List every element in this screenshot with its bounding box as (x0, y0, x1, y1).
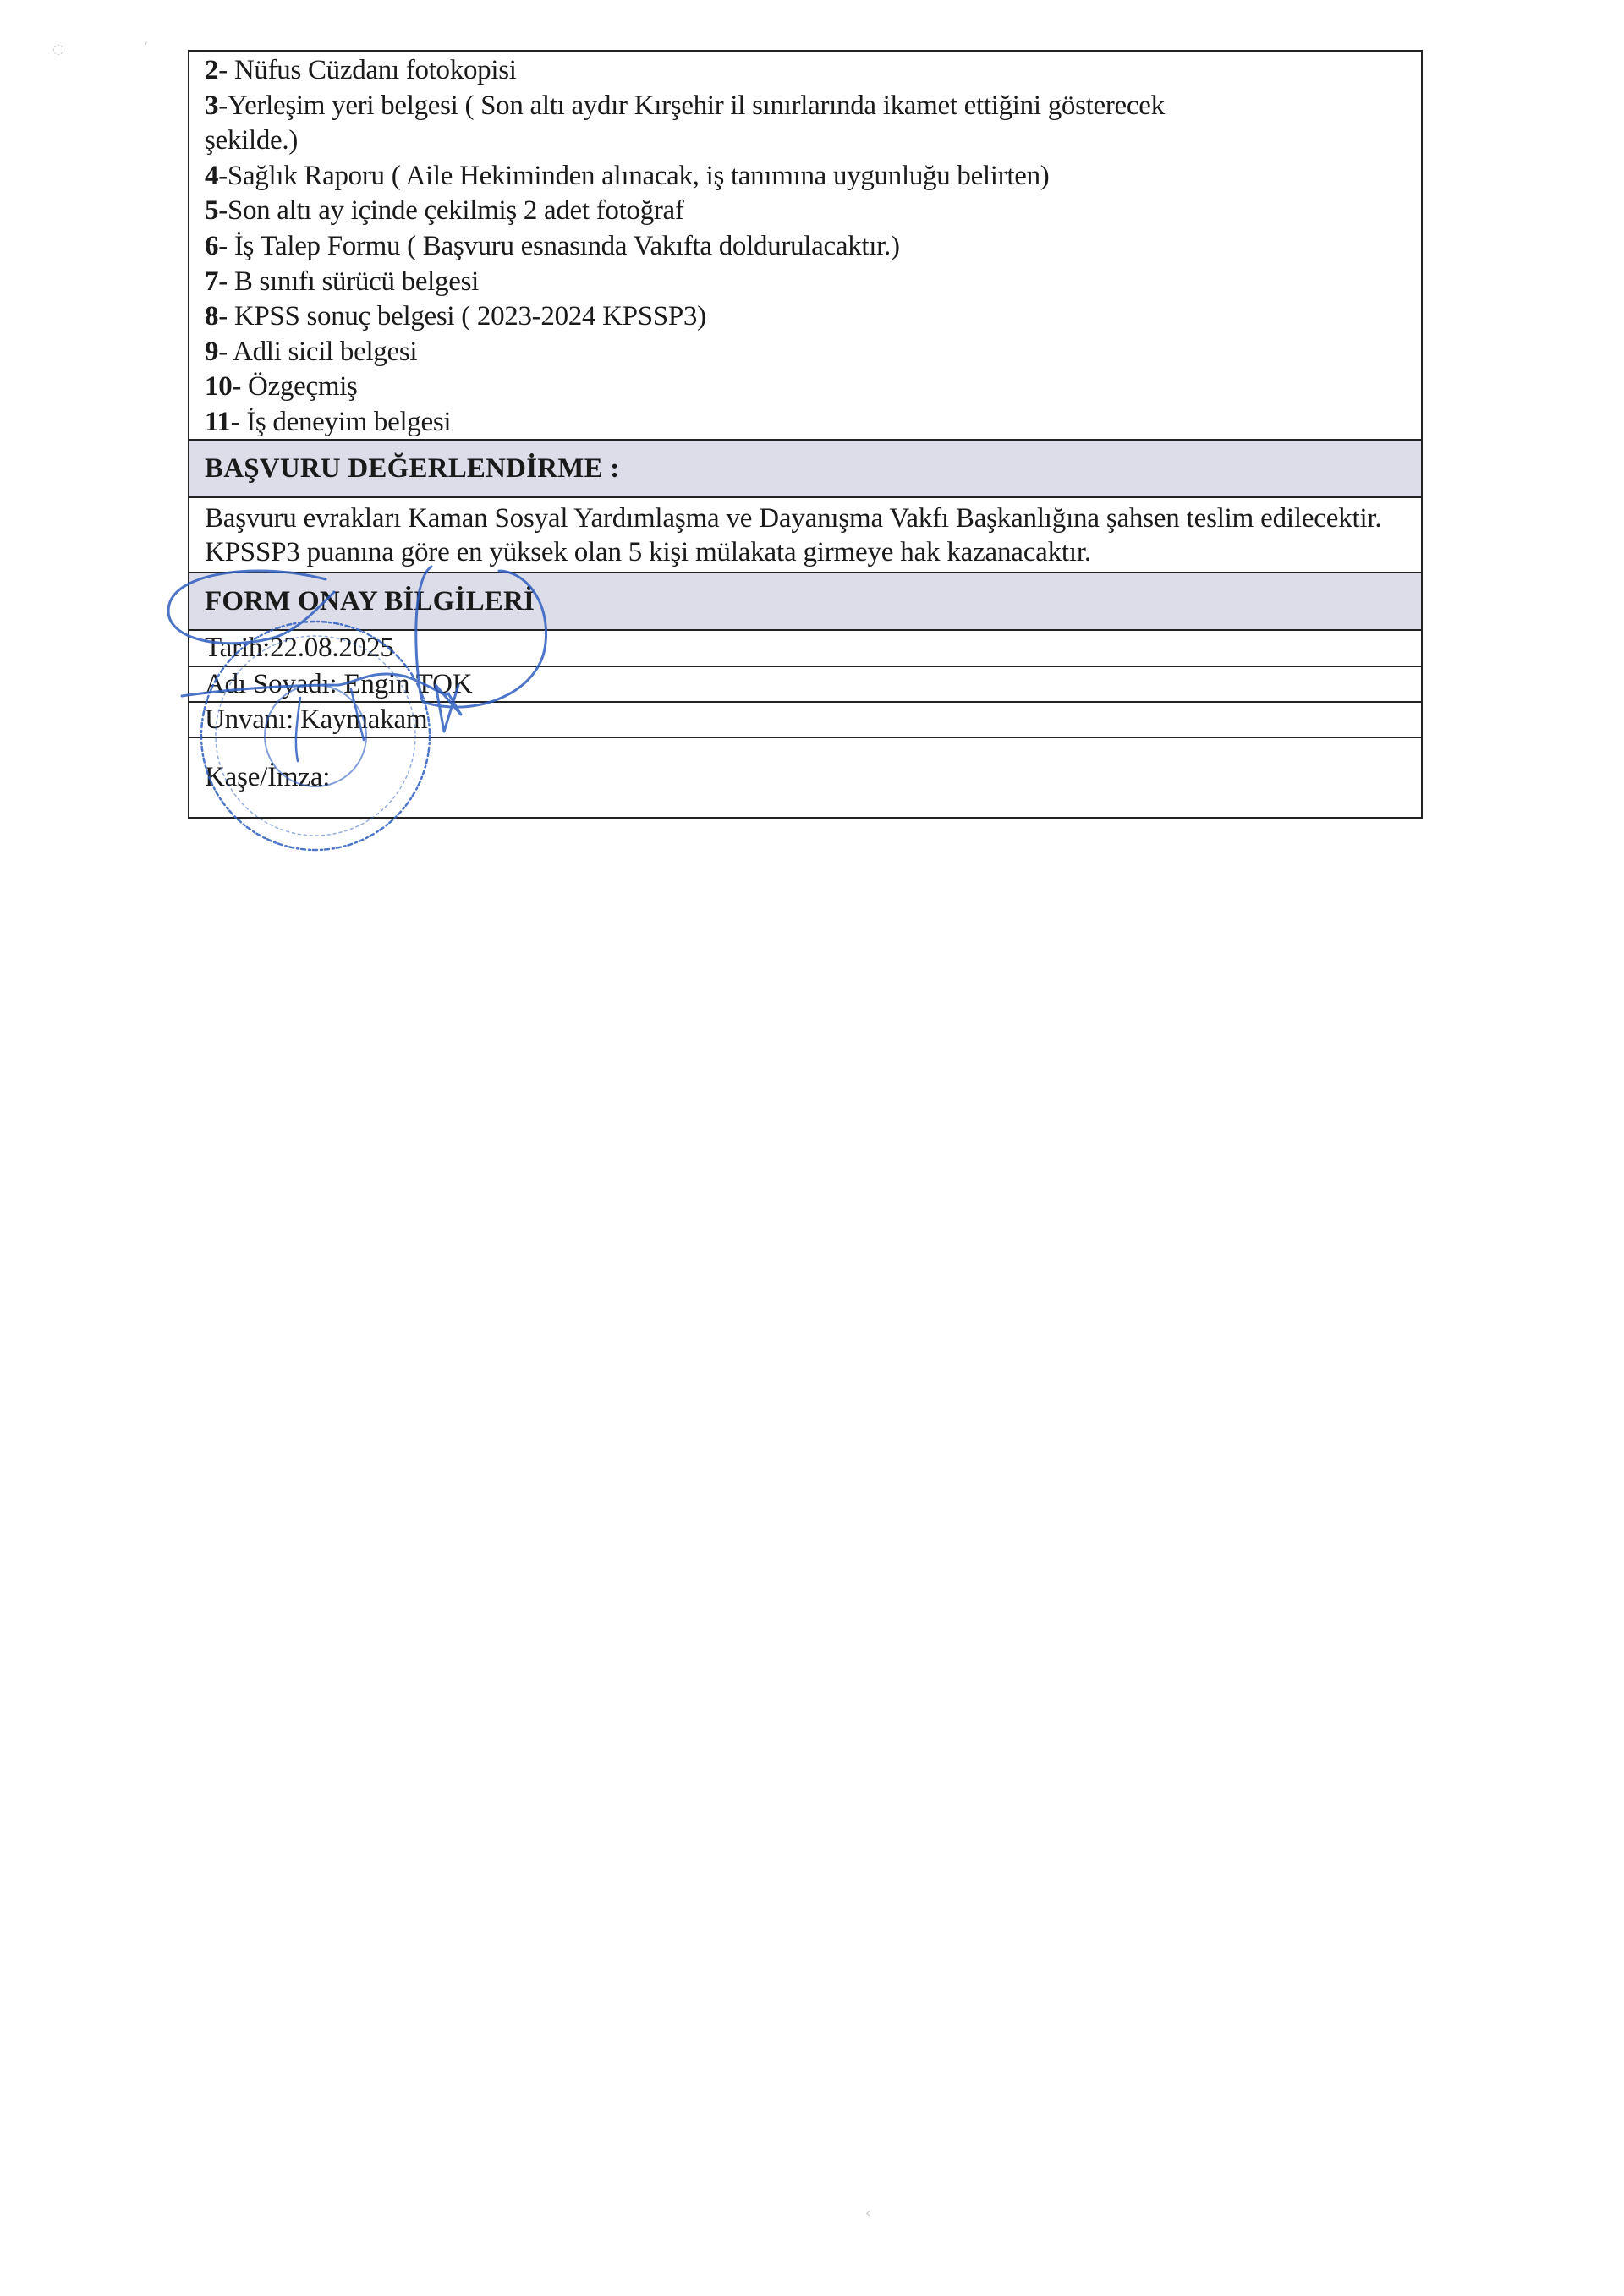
approval-heading: FORM ONAY BİLGİLERİ (189, 573, 1421, 631)
scan-speck: ʻ (144, 39, 148, 55)
approval-name-text: Adı Soyadı: Engin TOK (205, 669, 472, 700)
list-item: 2- Nüfus Cüzdanı fotokopisi (205, 53, 1406, 89)
approval-stamp-signature-text: Kaşe/İmza: (205, 762, 330, 793)
scan-speck: ◌ (52, 41, 64, 57)
evaluation-text: Başvuru evrakları Kaman Sosyal Yardımlaş… (189, 498, 1421, 573)
list-item: 7- B sınıfı sürücü belgesi (205, 265, 1406, 300)
scan-speck: ‹ (865, 2205, 870, 2221)
approval-name: Adı Soyadı: Engin TOK (189, 667, 1421, 703)
approval-stamp-signature: Kaşe/İmza: (189, 738, 1421, 817)
scanned-page: ◌ ʻ ‹ 2- Nüfus Cüzdanı fotokopisi 3-Yerl… (0, 0, 1624, 2296)
list-item-continuation: şekilde.) (205, 123, 1406, 159)
list-item: 5-Son altı ay içinde çekilmiş 2 adet fot… (205, 194, 1406, 229)
list-item: 6- İş Talep Formu ( Başvuru esnasında Va… (205, 229, 1406, 265)
list-item: 4-Sağlık Raporu ( Aile Hekiminden alınac… (205, 159, 1406, 195)
application-form-table: 2- Nüfus Cüzdanı fotokopisi 3-Yerleşim y… (188, 50, 1423, 819)
list-item: 9- Adli sicil belgesi (205, 335, 1406, 370)
approval-title-text: Unvanı: Kaymakam (205, 704, 427, 736)
approval-date: Tarih:22.08.2025 (189, 631, 1421, 667)
list-item: 8- KPSS sonuç belgesi ( 2023-2024 KPSSP3… (205, 299, 1406, 335)
approval-date-text: Tarih:22.08.2025 (205, 633, 394, 664)
approval-title: Unvanı: Kaymakam (189, 703, 1421, 738)
evaluation-heading: BAŞVURU DEĞERLENDİRME : (189, 441, 1421, 498)
list-item: 10- Özgeçmiş (205, 370, 1406, 405)
list-item: 11- İş deneyim belgesi (205, 405, 1406, 441)
approval-heading-text: FORM ONAY BİLGİLERİ (205, 586, 535, 617)
evaluation-heading-text: BAŞVURU DEĞERLENDİRME : (205, 453, 619, 485)
list-item: 3-Yerleşim yeri belgesi ( Son altı aydır… (205, 89, 1406, 124)
required-documents-list: 2- Nüfus Cüzdanı fotokopisi 3-Yerleşim y… (189, 52, 1421, 441)
